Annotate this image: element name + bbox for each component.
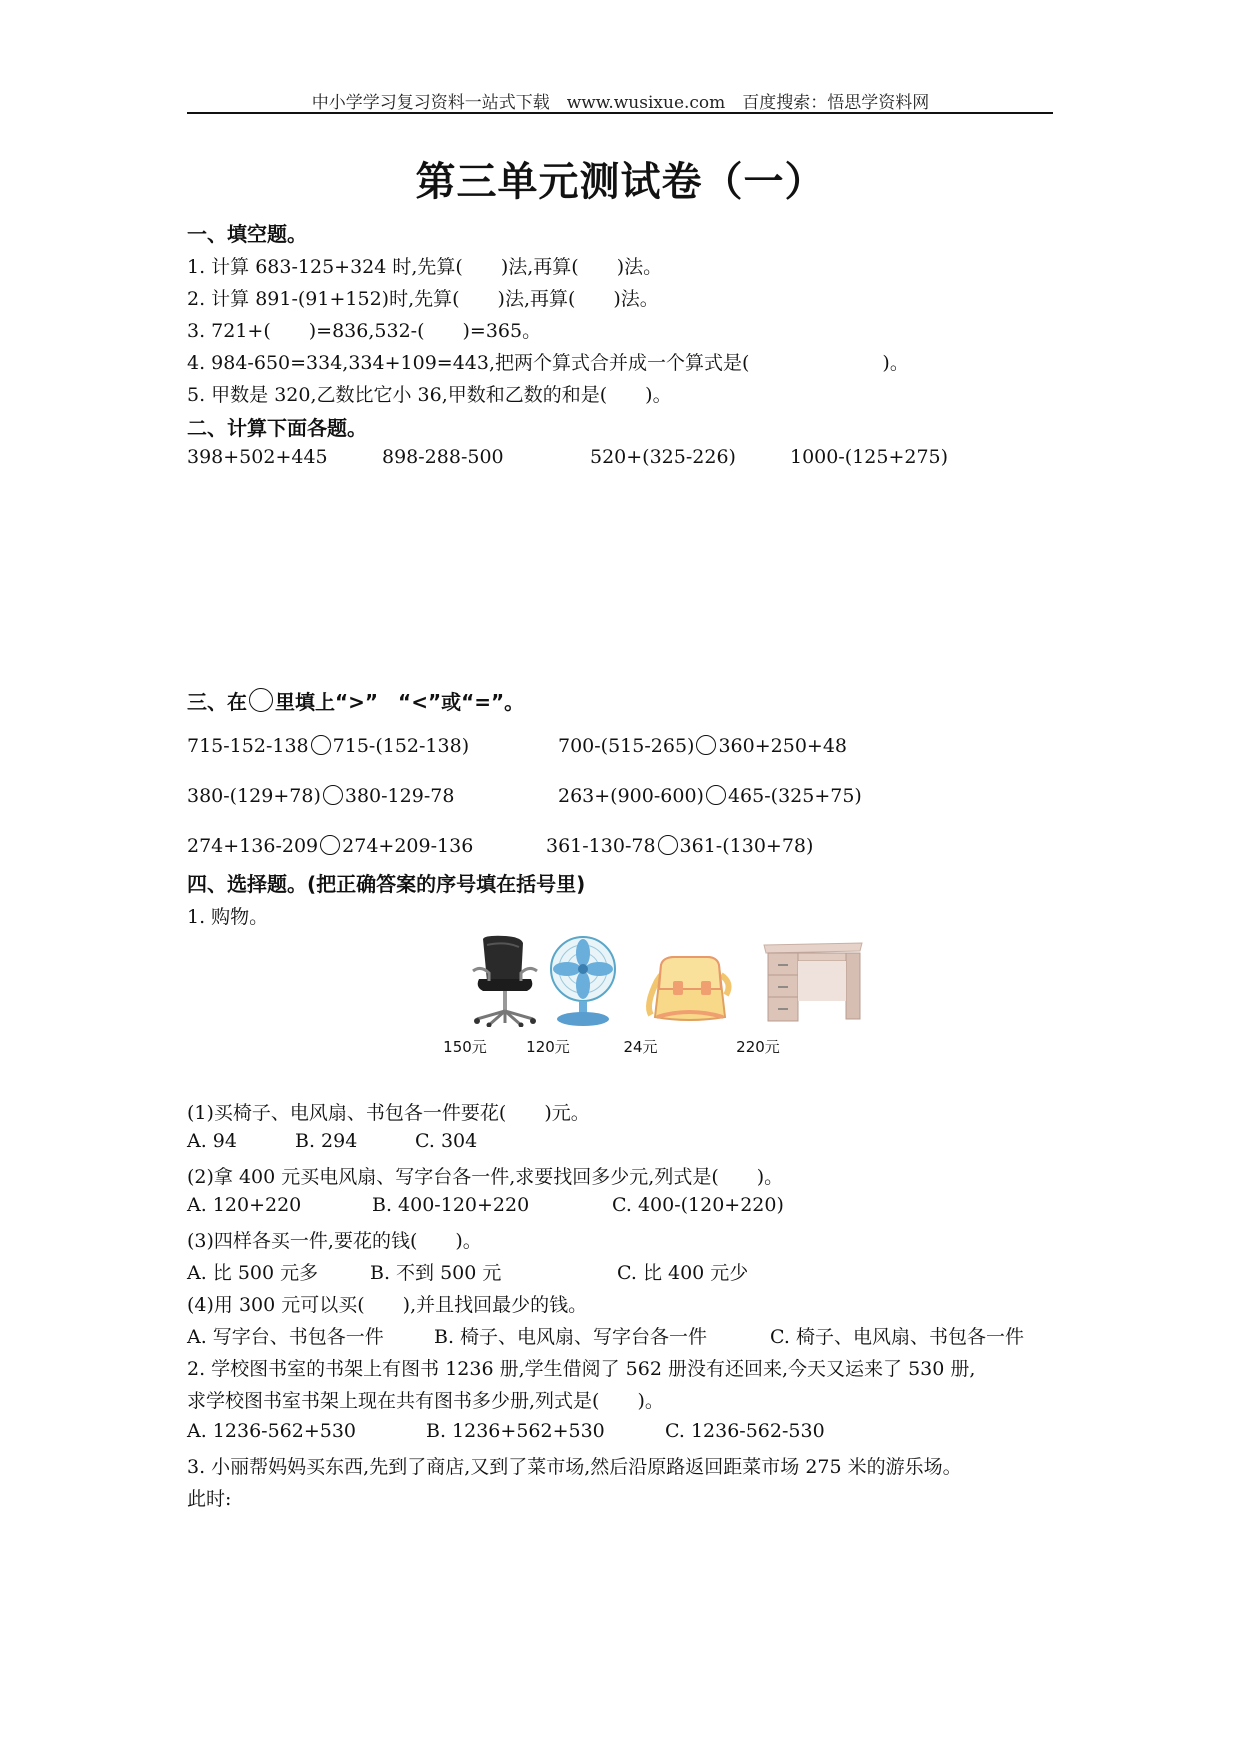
option-a[interactable]: A. 94 xyxy=(187,1130,237,1152)
option-b[interactable]: B. 椅子、电风扇、写字台各一件 xyxy=(434,1322,707,1349)
option-a[interactable]: A. 比 500 元多 xyxy=(187,1258,318,1285)
compare-right: 380-129-78 xyxy=(345,785,455,807)
product-price: 220元 xyxy=(703,1036,813,1057)
compare-circle-blank[interactable] xyxy=(706,785,726,805)
compare-left: 715-152-138 xyxy=(187,735,309,757)
product-bag: 24元 xyxy=(593,935,688,1057)
compare-item: 263+(900-600)465-(325+75) xyxy=(558,785,862,807)
compare-right: 274+209-136 xyxy=(342,835,473,857)
section-4-heading: 四、选择题。(把正确答案的序号填在括号里) xyxy=(187,868,585,897)
fill-question-3: 3. 721+( )=836,532-( )=365。 xyxy=(187,316,541,343)
sub-question-3: (3)四样各买一件,要花的钱( )。 xyxy=(187,1226,482,1253)
compare-left: 380-(129+78) xyxy=(187,785,321,807)
compare-item: 274+136-209274+209-136 xyxy=(187,835,473,857)
choice-question-2-line-2: 求学校图书室书架上现在共有图书多少册,列式是( )。 xyxy=(187,1386,664,1413)
compare-left: 361-130-78 xyxy=(546,835,656,857)
option-c[interactable]: C. 1236-562-530 xyxy=(665,1420,825,1442)
option-a[interactable]: A. 120+220 xyxy=(187,1194,301,1216)
compare-circle-blank[interactable] xyxy=(320,835,340,855)
option-c[interactable]: C. 比 400 元少 xyxy=(617,1258,748,1285)
choice-question-1-title: 1. 购物。 xyxy=(187,902,268,929)
compare-right: 465-(325+75) xyxy=(728,785,862,807)
option-a[interactable]: A. 写字台、书包各一件 xyxy=(187,1322,384,1349)
product-images: 150元 120元 24元 xyxy=(425,935,845,1060)
compare-circle-blank[interactable] xyxy=(696,735,716,755)
compare-item: 361-130-78361-(130+78) xyxy=(546,835,813,857)
compare-right: 360+250+48 xyxy=(718,735,847,757)
sub-question-1: (1)买椅子、电风扇、书包各一件要花( )元。 xyxy=(187,1098,590,1125)
product-fan: 120元 xyxy=(513,935,583,1057)
product-price: 120元 xyxy=(513,1036,583,1057)
choice-question-3-line-1: 3. 小丽帮妈妈买东西,先到了商店,又到了菜市场,然后沿原路返回距菜市场 275… xyxy=(187,1452,962,1479)
option-c[interactable]: C. 400-(120+220) xyxy=(612,1194,784,1216)
section-3-heading: 三、在里填上“>” “<”或“=”。 xyxy=(187,686,524,715)
calc-problem-1: 398+502+445 xyxy=(187,446,328,468)
option-c[interactable]: C. 椅子、电风扇、书包各一件 xyxy=(770,1322,1024,1349)
compare-circle-blank[interactable] xyxy=(311,735,331,755)
option-b[interactable]: B. 1236+562+530 xyxy=(426,1420,605,1442)
desk-icon xyxy=(758,935,868,1027)
compare-left: 274+136-209 xyxy=(187,835,318,857)
section-3-heading-pre: 三、在 xyxy=(187,690,247,714)
compare-left: 700-(515-265) xyxy=(558,735,694,757)
compare-right: 715-(152-138) xyxy=(333,735,469,757)
section-1-heading: 一、填空题。 xyxy=(187,218,307,247)
compare-right: 361-(130+78) xyxy=(680,835,814,857)
choice-question-2-line-1: 2. 学校图书室的书架上有图书 1236 册,学生借阅了 562 册没有还回来,… xyxy=(187,1354,975,1381)
page-title: 第三单元测试卷（一） xyxy=(0,150,1241,207)
option-b[interactable]: B. 不到 500 元 xyxy=(370,1258,501,1285)
compare-circle-blank[interactable] xyxy=(658,835,678,855)
fill-question-5: 5. 甲数是 320,乙数比它小 36,甲数和乙数的和是( )。 xyxy=(187,380,672,407)
sub-question-2: (2)拿 400 元买电风扇、写字台各一件,求要找回多少元,列式是( )。 xyxy=(187,1162,783,1189)
product-price: 24元 xyxy=(593,1036,688,1057)
compare-item: 700-(515-265)360+250+48 xyxy=(558,735,847,757)
calc-problem-4: 1000-(125+275) xyxy=(790,446,948,468)
choice-question-3-line-2: 此时: xyxy=(187,1484,231,1511)
compare-left: 263+(900-600) xyxy=(558,785,704,807)
compare-item: 380-(129+78)380-129-78 xyxy=(187,785,454,807)
circle-icon xyxy=(249,688,273,712)
option-a[interactable]: A. 1236-562+530 xyxy=(187,1420,356,1442)
section-2-heading: 二、计算下面各题。 xyxy=(187,412,367,441)
product-price: 150元 xyxy=(425,1036,505,1057)
compare-circle-blank[interactable] xyxy=(323,785,343,805)
option-b[interactable]: B. 400-120+220 xyxy=(372,1194,529,1216)
section-3-heading-post: 里填上“>” “<”或“=”。 xyxy=(275,690,524,714)
option-c[interactable]: C. 304 xyxy=(415,1130,477,1152)
fill-question-1: 1. 计算 683-125+324 时,先算( )法,再算( )法。 xyxy=(187,252,662,279)
calc-problem-2: 898-288-500 xyxy=(382,446,504,468)
calc-problem-3: 520+(325-226) xyxy=(590,446,736,468)
header-divider xyxy=(187,112,1053,114)
sub-question-4: (4)用 300 元可以买( ),并且找回最少的钱。 xyxy=(187,1290,587,1317)
option-b[interactable]: B. 294 xyxy=(295,1130,357,1152)
page-header-text: 中小学学习复习资料一站式下载 www.wusixue.com 百度搜索：悟思学资… xyxy=(0,88,1241,113)
fill-question-2: 2. 计算 891-(91+152)时,先算( )法,再算( )法。 xyxy=(187,284,659,311)
product-chair: 150元 xyxy=(425,935,505,1057)
fill-question-4: 4. 984-650=334,334+109=443,把两个算式合并成一个算式是… xyxy=(187,348,909,375)
product-desk: 220元 xyxy=(703,935,813,1057)
compare-item: 715-152-138715-(152-138) xyxy=(187,735,469,757)
